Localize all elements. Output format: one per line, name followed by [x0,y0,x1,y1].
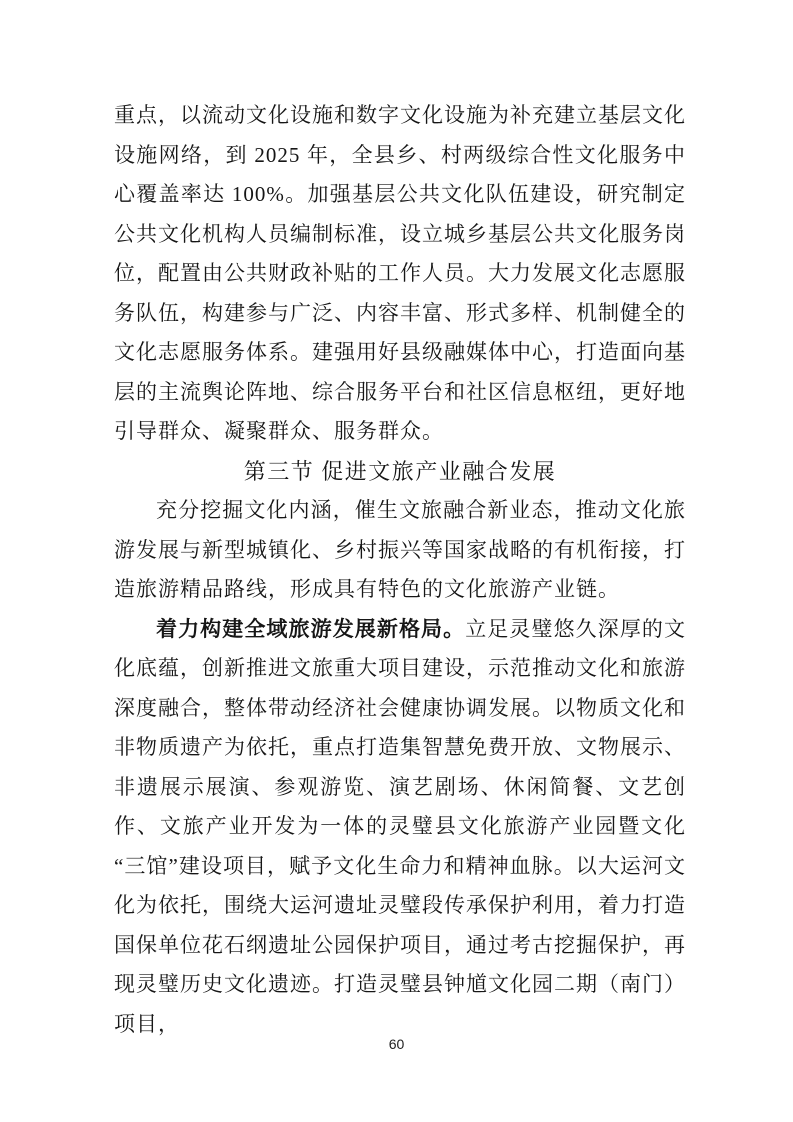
section-heading: 第三节 促进文旅产业融合发展 [114,452,686,492]
text-block: 重点，以流动文化设施和数字文化设施为补充建立基层文化设施网络，到 2025 年，… [114,96,686,1044]
paragraph: 充分挖掘文化内涵，催生文旅融合新业态，推动文化旅游发展与新型城镇化、乡村振兴等国… [114,491,686,610]
paragraph-lead-bold: 着力构建全域旅游发展新格局。 [156,617,465,641]
page-number: 60 [0,1036,793,1052]
document-page: 重点，以流动文化设施和数字文化设施为补充建立基层文化设施网络，到 2025 年，… [0,0,793,1122]
paragraph-text: 立足灵璧悠久深厚的文化底蕴，创新推进文旅重大项目建设，示范推动文化和旅游深度融合… [114,617,686,1036]
paragraph-continued: 重点，以流动文化设施和数字文化设施为补充建立基层文化设施网络，到 2025 年，… [114,96,686,452]
paragraph: 着力构建全域旅游发展新格局。立足灵璧悠久深厚的文化底蕴，创新推进文旅重大项目建设… [114,610,686,1045]
